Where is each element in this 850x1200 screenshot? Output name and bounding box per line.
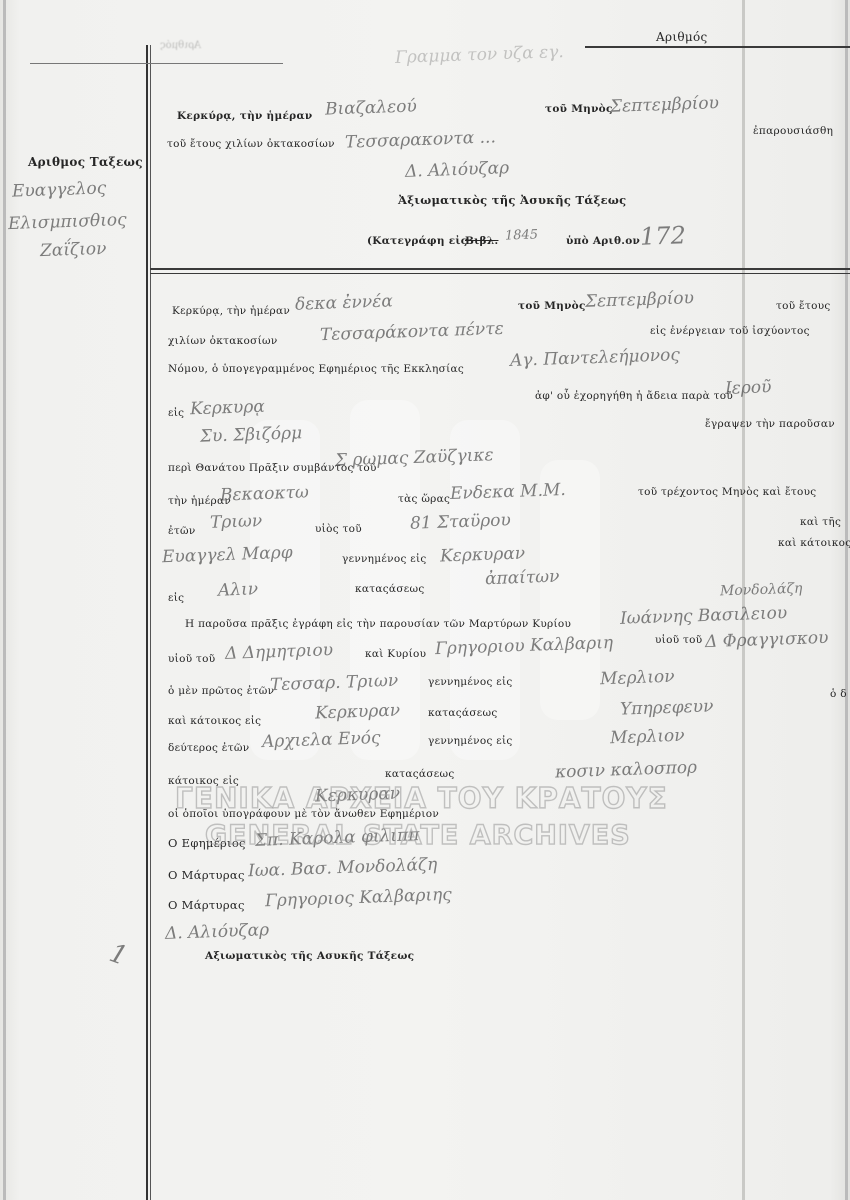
- row7-mid-value: Ενδεκα Μ.Μ.: [450, 480, 566, 504]
- first-status-label: καταςάσεως: [428, 707, 498, 719]
- row7-right-label: τοῦ τρέχοντος Μηνὸς καὶ ἔτους: [638, 486, 817, 498]
- section-divider-bottom: [150, 273, 850, 274]
- second-age-value: Αρχιελα Ενός: [262, 728, 381, 752]
- ghost-header-number: Αριθμός: [160, 40, 201, 51]
- sig-label-witness2: Ο Μάρτυρας: [168, 898, 245, 912]
- top-month-label: τοῦ Μηνὸς: [545, 103, 613, 115]
- second-born-label: γεννημένος εἰς: [428, 735, 513, 747]
- row10-right-label: καὶ κάτοικος: [778, 537, 850, 549]
- row7-mid-label: τὰς ὥρας: [398, 493, 450, 505]
- row4-label: εἰς: [168, 407, 184, 419]
- row4-value: Κερκυρᾳ: [190, 397, 265, 420]
- sig-value-witness2: Γρηγοριος Καλβαριης: [265, 885, 452, 912]
- top-day-value: Βιαζαλεού: [325, 96, 417, 119]
- first-status-value: Υπηρεφευν: [620, 696, 714, 719]
- top-official-title: Ἀξιωματικὸς τῆς Ἀσυκῆς Τάξεως: [398, 193, 626, 207]
- row11-mid-label: γεννημένος εἰς: [342, 553, 427, 565]
- top-official-signature: Δ. Αλιόυζαρ: [405, 158, 510, 182]
- row1-right-label: τοῦ ἔτους: [776, 300, 831, 312]
- top-line1-prefix: Κερκύρᾳ, τὴν ἡμέραν: [177, 110, 312, 122]
- row3-label: Νόμου, ὁ ὑπογεγραμμένος Εφημέριος τῆς Εκ…: [168, 363, 464, 375]
- margin-note: 1: [105, 938, 131, 972]
- registry-prefix: (Κατεγράφη εἰς: [367, 235, 467, 247]
- second-born-value: Μερλιον: [610, 726, 685, 749]
- witness1-extra: Μονδολάζη: [720, 581, 803, 600]
- left-edge: [3, 0, 6, 1200]
- top-month-value: Σεπτεμβρίου: [610, 93, 720, 117]
- first-residence-label: καὶ κάτοικος εἰς: [168, 715, 261, 727]
- witness1-father: Δ Δημητριου: [225, 640, 334, 664]
- section-divider-top: [150, 268, 850, 270]
- row12-label: εἰς: [168, 592, 184, 604]
- first-residence-value: Κερκυραν: [315, 701, 401, 724]
- row12-mid-label: καταςάσεως: [355, 583, 425, 595]
- row12-mid-value: ἀπαίτων: [485, 567, 560, 590]
- official-signature: Δ. Αλιόυζαρ: [165, 920, 270, 944]
- row8-right-label: καὶ τῆς: [800, 516, 841, 528]
- row5-right-label: ἔγραψεν τὴν παροῦσαν: [705, 418, 835, 430]
- row12-value: Αλιν: [218, 579, 259, 600]
- registry-book-value: 1845: [505, 227, 539, 243]
- main-column-divider-inner: [150, 45, 151, 1200]
- row5-value: Συ. Σβιζόρμ: [200, 423, 303, 447]
- row7-value: Βεκαοκτω: [220, 482, 310, 505]
- row4-right-label: ἀφ' οὗ ἐχορηγήθη ἡ ἄδεια παρὰ τοῦ: [535, 390, 733, 402]
- header-rule-left: [30, 63, 283, 64]
- right-fragment: ὁ δ: [830, 688, 847, 700]
- left-handwritten-3: Ζαΐζιον: [40, 239, 107, 261]
- first-born-value: Μερλιον: [600, 667, 675, 690]
- row9-label: ἐτῶν: [168, 525, 196, 537]
- left-handwritten-1: Ευαγγελος: [12, 178, 107, 201]
- official-title: Αξιωματικὸς τῆς Ασυκῆς Τάξεως: [205, 950, 414, 962]
- row1-month-value: Σεπτεμβρίου: [585, 288, 695, 312]
- second-age-label: δεύτερος ἐτῶν: [168, 742, 249, 754]
- top-line2-suffix: ἐπαρουσιάσθη: [753, 125, 833, 137]
- far-right-edge: [845, 0, 848, 1200]
- row11-mid-value: Κερκυραν: [440, 544, 526, 567]
- left-handwritten-2: Ελισμπισθιος: [8, 210, 127, 234]
- watermark-english: GENERAL STATE ARCHIVES: [205, 820, 631, 851]
- row1-label: Κερκύρᾳ, τὴν ἡμέραν: [172, 305, 290, 317]
- and-mr-label: καὶ Κυρίου: [365, 648, 426, 660]
- second-status-value: κοσιν καλοσπορ: [555, 758, 698, 783]
- main-column-divider: [146, 45, 148, 1200]
- registry-struck: Βιβλ.: [465, 235, 498, 247]
- header-ghost-handwriting: Γραμμα τον υζα εγ.: [395, 42, 564, 68]
- row2-right-label: εἰς ἐνέργειαν τοῦ ἰσχύοντος: [650, 325, 810, 337]
- row3-value: Αγ. Παντελεήμονος: [510, 345, 680, 371]
- witness2-son-label: υἱοῦ τοῦ: [655, 634, 702, 646]
- second-status-label: καταςάσεως: [385, 768, 455, 780]
- row2-value: Τεσσαράκοντα πέντε: [320, 319, 504, 345]
- witness-intro: Η παροῦσα πρᾶξις ἐγράφη εἰς τὴν παρουσία…: [185, 618, 571, 630]
- row4-right-value: Ιεροῦ: [725, 377, 772, 399]
- witness1-name: Ιωάννης Βασιλειου: [620, 603, 788, 629]
- first-born-label: γεννημένος εἰς: [428, 676, 513, 688]
- header-number-label: Αριθμός: [656, 30, 708, 44]
- top-line2-prefix: τοῦ ἔτους χιλίων ὀκτακοσίων: [167, 138, 335, 150]
- registry-number-label: ὑπὸ Αριθ.ον: [566, 235, 640, 247]
- row9-mid-label: υἱὸς τοῦ: [315, 523, 362, 535]
- document-page: Αριθμός Αριθμός Γραμμα τον υζα εγ. Αριθμ…: [0, 0, 850, 1200]
- watermark-greek: ΓΕΝΙΚΑ ΑΡΧΕΙΑ ΤΟΥ ΚΡΑΤΟΥΣ: [175, 782, 668, 815]
- sig-label-witness1: Ο Μάρτυρας: [168, 868, 245, 882]
- row9-mid-value: 81 Σταϋρου: [410, 510, 511, 534]
- son-of-label: υἱοῦ τοῦ: [168, 653, 215, 665]
- registry-number-value: 172: [640, 221, 687, 251]
- witness2-father: Δ Φραγγισκου: [705, 628, 829, 652]
- row2-label: χιλίων ὀκτακοσίων: [168, 335, 278, 347]
- sig-value-witness1: Ιωα. Βασ. Μονδολάζη: [248, 855, 438, 882]
- left-column-header: Αριθμος Ταξεως: [28, 155, 143, 169]
- first-age-label: ὁ μὲν πρῶτος ἐτῶν: [168, 685, 274, 697]
- header-rule-right: [585, 46, 850, 48]
- row9-value: Τριων: [210, 511, 263, 533]
- top-year-value: Τεσσαρακοντα ...: [345, 127, 496, 152]
- row1-value: δεκα ἐννέα: [295, 291, 393, 314]
- row1-month-label: τοῦ Μηνὸς: [518, 300, 586, 312]
- right-margin-line: [742, 0, 745, 1200]
